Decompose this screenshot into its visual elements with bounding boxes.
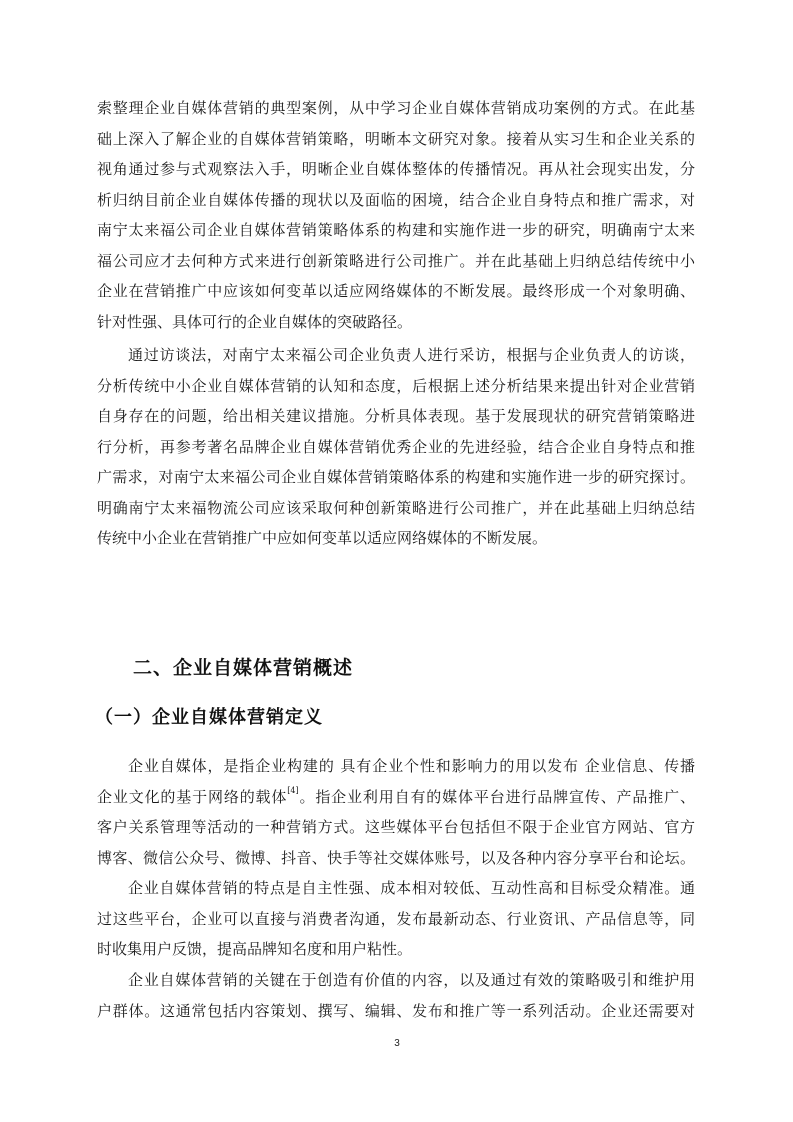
text-line: 行分析，再参考著名品牌企业自媒体营销优秀企业的先进经验，结合企业自身特点和推 (97, 436, 695, 458)
section-heading: 二、企业自媒体营销概述 (133, 655, 353, 681)
text-line: 南宁太来福公司企业自媒体营销策略体系的构建和实施作进一步的研究，明确南宁太来 (97, 219, 695, 241)
text-line: 通过访谈法，对南宁太来福公司企业负责人进行采访，根据与企业负责人的访谈， (128, 344, 695, 366)
text-span: 企业文化的基于网络的载体 (97, 788, 287, 806)
text-line: 企业自媒体营销的关键在于创造有价值的内容，以及通过有效的策略吸引和维护用 (128, 969, 695, 991)
text-line: 过这些平台，企业可以直接与消费者沟通，发布最新动态、行业资讯、产品信息等，同 (97, 908, 695, 930)
text-line: 视角通过参与式观察法入手，明晰企业自媒体整体的传播情况。再从社会现实出发，分 (97, 158, 695, 180)
text-line: 客户关系管理等活动的一种营销方式。这些媒体平台包括但不限于企业官方网站、官方 (97, 816, 695, 838)
text-line: 自身存在的问题，给出相关建议措施。分析具体表现。基于发展现状的研究营销策略进 (97, 405, 695, 427)
text-line: 针对性强、具体可行的企业自媒体的突破路径。 (97, 311, 695, 333)
text-line: 企业在营销推广中应该如何变革以适应网络媒体的不断发展。最终形成一个对象明确、 (97, 280, 695, 302)
text-line: 析归纳目前企业自媒体传播的现状以及面临的困境，结合企业自身特点和推广需求，对 (97, 189, 695, 211)
text-line: 企业自媒体，是指企业构建的 具有企业个性和影响力的用以发布 企业信息、传播 (128, 755, 695, 777)
text-line: 时收集用户反馈，提高品牌知名度和用户粘性。 (97, 938, 695, 960)
text-line: 广需求，对南宁太来福公司企业自媒体营销策略体系的构建和实施作进一步的研究探讨。 (97, 466, 695, 488)
text-line: 户群体。这通常包括内容策划、撰写、编辑、发布和推广等一系列活动。企业还需要对 (97, 1000, 695, 1022)
text-line: 明确南宁太来福物流公司应该采取何种创新策略进行公司推广，并在此基础上归纳总结 (97, 497, 695, 519)
text-line: 福公司应才去何种方式来进行创新策略进行公司推广。并在此基础上归纳总结传统中小 (97, 250, 695, 272)
text-line: 索整理企业自媒体营销的典型案例，从中学习企业自媒体营销成功案例的方式。在此基 (97, 97, 695, 119)
text-span: 。指企业利用自有的媒体平台进行品牌宣传、产品推广、 (299, 788, 695, 806)
page-number: 3 (387, 1038, 407, 1049)
text-line: 企业文化的基于网络的载体[4]。指企业利用自有的媒体平台进行品牌宣传、产品推广、 (97, 786, 695, 808)
text-line: 博客、微信公众号、微博、抖音、快手等社交媒体账号，以及各种内容分享平台和论坛。 (97, 847, 695, 869)
text-line: 分析传统中小企业自媒体营销的认知和态度，后根据上述分析结果来提出针对企业营销 (97, 375, 695, 397)
subsection-heading: （一）企业自媒体营销定义 (95, 705, 323, 731)
document-page: 索整理企业自媒体营销的典型案例，从中学习企业自媒体营销成功案例的方式。在此基 础… (0, 0, 793, 1122)
text-line: 传统中小企业在营销推广中应如何变革以适应网络媒体的不断发展。 (97, 527, 695, 549)
citation-reference[interactable]: [4] (287, 786, 298, 795)
text-line: 础上深入了解企业的自媒体营销策略，明晰本文研究对象。接着从实习生和企业关系的 (97, 128, 695, 150)
text-line: 企业自媒体营销的特点是自主性强、成本相对较低、互动性高和目标受众精准。通 (128, 877, 695, 899)
